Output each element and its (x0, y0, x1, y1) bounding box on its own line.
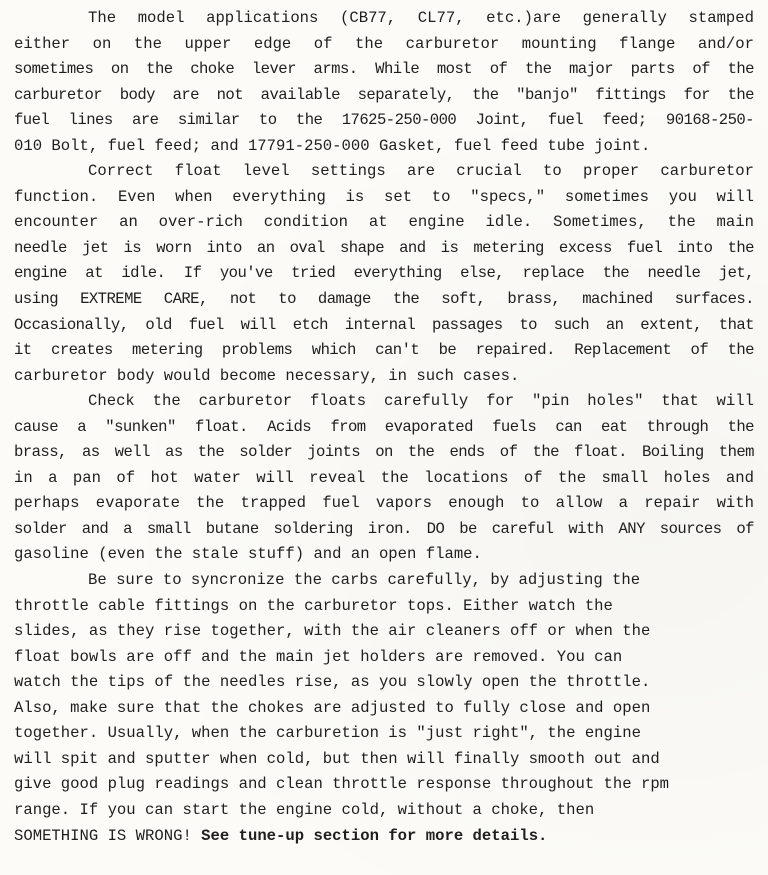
text-line: carburetor body are not available separa… (14, 83, 754, 109)
text-line: perhaps evaporate the trapped fuel vapor… (14, 491, 754, 517)
text-line: give good plug readings and clean thrott… (14, 772, 754, 798)
text-line: together. Usually, when the carburetion … (14, 721, 754, 747)
text-line: Be sure to syncronize the carbs carefull… (14, 568, 754, 594)
text-line: brass, as well as the solder joints on t… (14, 440, 754, 466)
text-line: encounter an over-rich condition at engi… (14, 210, 754, 236)
text-line: throttle cable fittings on the carbureto… (14, 594, 754, 620)
closing-line: SOMETHING IS WRONG! See tune-up section … (14, 824, 754, 850)
text-line: will spit and sputter when cold, but the… (14, 747, 754, 773)
text-line: solder and a small butane soldering iron… (14, 517, 754, 543)
text-line: engine at idle. If you've tried everythi… (14, 261, 754, 287)
text-line: either on the upper edge of the carburet… (14, 32, 754, 58)
text-line: Correct float level settings are crucial… (14, 159, 754, 185)
body-text: The model applications (CB77, CL77, etc.… (14, 6, 754, 849)
paragraph-1: The model applications (CB77, CL77, etc.… (14, 6, 754, 159)
text-line: needle jet is worn into an oval shape an… (14, 236, 754, 262)
text-line: The model applications (CB77, CL77, etc.… (14, 6, 754, 32)
text-line: in a pan of hot water will reveal the lo… (14, 466, 754, 492)
text-line: range. If you can start the engine cold,… (14, 798, 754, 824)
text-line: fuel lines are similar to the 17625-250-… (14, 108, 754, 134)
scanned-page: The model applications (CB77, CL77, etc.… (0, 0, 768, 875)
tune-up-reference: See tune-up section for more details. (192, 827, 548, 845)
text-line: Occasionally, old fuel will etch interna… (14, 313, 754, 339)
text-line: function. Even when everything is set to… (14, 185, 754, 211)
text-line: slides, as they rise together, with the … (14, 619, 754, 645)
text-line: float bowls are off and the main jet hol… (14, 645, 754, 671)
text-line: watch the tips of the needles rise, as y… (14, 670, 754, 696)
text-line: carburetor body would become necessary, … (14, 364, 754, 390)
warning-text: SOMETHING IS WRONG! (14, 827, 192, 845)
paragraph-3: Check the carburetor floats carefully fo… (14, 389, 754, 568)
text-line: sometimes on the choke lever arms. While… (14, 57, 754, 83)
text-line: Check the carburetor floats carefully fo… (14, 389, 754, 415)
paragraph-4: Be sure to syncronize the carbs carefull… (14, 568, 754, 823)
paragraph-2: Correct float level settings are crucial… (14, 159, 754, 389)
text-line: cause a "sunken" float. Acids from evapo… (14, 415, 754, 441)
text-line: it creates metering problems which can't… (14, 338, 754, 364)
text-line: 010 Bolt, fuel feed; and 17791-250-000 G… (14, 134, 754, 160)
text-line: gasoline (even the stale stuff) and an o… (14, 542, 754, 568)
text-line: Also, make sure that the chokes are adju… (14, 696, 754, 722)
text-line: using EXTREME CARE, not to damage the so… (14, 287, 754, 313)
